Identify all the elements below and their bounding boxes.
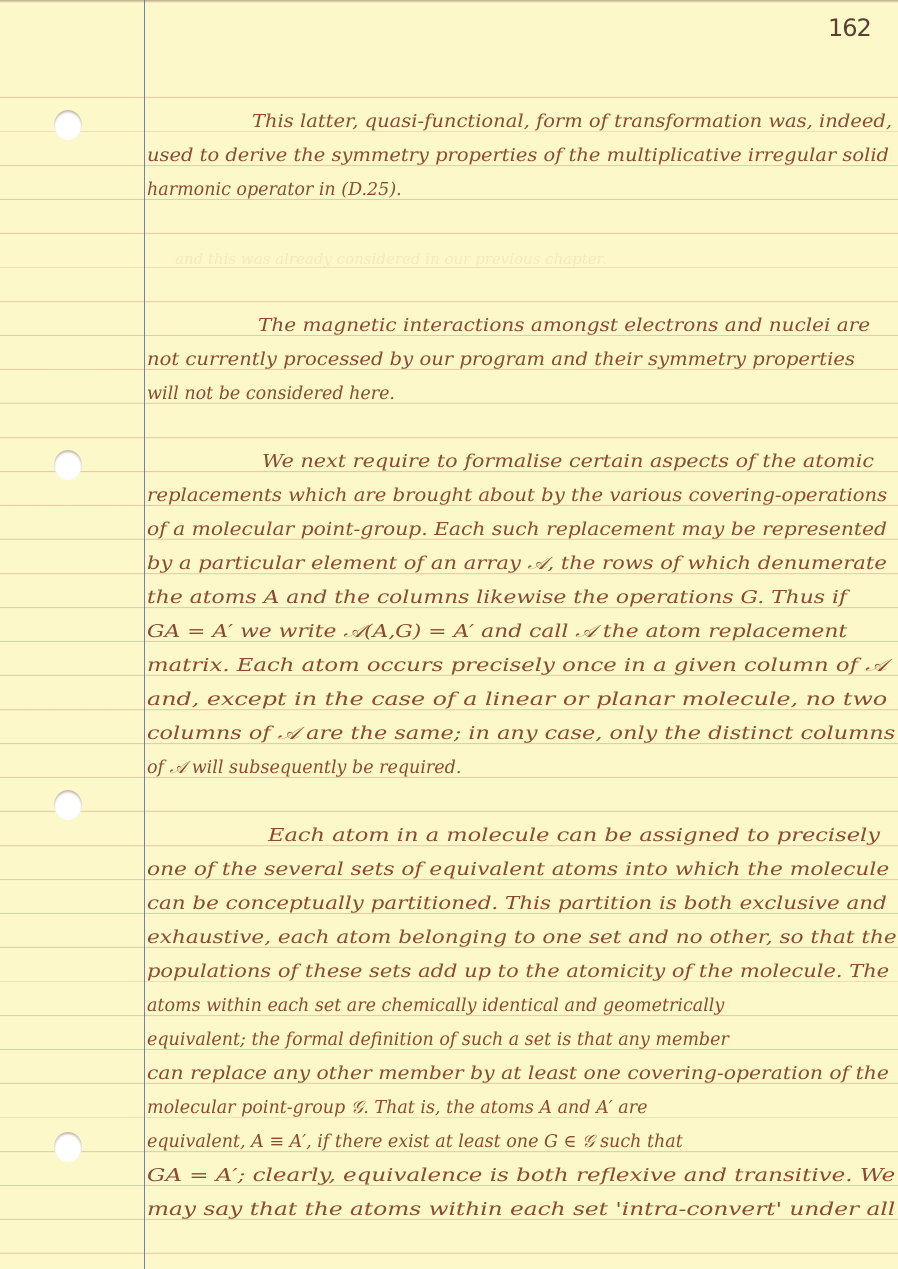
handwritten-line: the atoms A and the columns likewise the… [147, 590, 847, 608]
handwritten-line: matrix. Each atom occurs precisely once … [147, 658, 887, 676]
handwritten-line: columns of 𝒜 are the same; in any case, … [147, 726, 895, 744]
handwritten-line: harmonic operator in (D.25). [147, 182, 402, 200]
handwritten-line: may say that the atoms within each set '… [147, 1202, 895, 1220]
handwritten-line: one of the several sets of equivalent at… [147, 862, 889, 880]
punch-hole-icon [54, 790, 82, 820]
handwritten-line: of 𝒜 will subsequently be required. [147, 760, 461, 778]
handwritten-line: Each atom in a molecule can be assigned … [268, 828, 880, 846]
punch-hole-icon [54, 450, 82, 480]
handwritten-line: GA = A′ we write 𝒜(A,G) = A′ and call 𝒜 … [147, 624, 847, 642]
punch-hole-icon [54, 110, 82, 140]
handwritten-line: not currently processed by our program a… [147, 352, 855, 370]
handwritten-line: equivalent, A ≡ A′, if there exist at le… [147, 1134, 683, 1152]
margin-rule [144, 0, 145, 1269]
handwritten-line: GA = A′; clearly, equivalence is both re… [147, 1168, 895, 1186]
handwritten-line: atoms within each set are chemically ide… [147, 998, 724, 1016]
handwritten-line: of a molecular point-group. Each such re… [147, 522, 887, 540]
handwritten-line: The magnetic interactions amongst electr… [258, 318, 870, 336]
handwritten-line: will not be considered here. [147, 386, 395, 404]
handwritten-line: by a particular element of an array 𝒜, t… [147, 556, 887, 574]
handwritten-line: populations of these sets add up to the … [147, 964, 889, 982]
handwritten-line: replacements which are brought about by … [147, 488, 887, 506]
handwritten-line: used to derive the symmetry properties o… [147, 148, 889, 166]
page-header-area [0, 0, 898, 96]
handwritten-line: can be conceptually partitioned. This pa… [147, 896, 887, 914]
page-top-edge [0, 0, 898, 3]
handwritten-line: This latter, quasi-functional, form of t… [252, 114, 892, 132]
handwritten-line: We next require to formalise certain asp… [262, 454, 874, 472]
handwritten-line: can replace any other member by at least… [147, 1066, 889, 1084]
page-number: 162 [828, 14, 871, 42]
handwritten-line: and, except in the case of a linear or p… [147, 692, 887, 710]
handwritten-line: exhaustive, each atom belonging to one s… [147, 930, 897, 948]
handwritten-line: equivalent; the formal definition of suc… [147, 1032, 729, 1050]
notebook-page: 162 and this was already considered in o… [0, 0, 898, 1269]
bleed-through-text: and this was already considered in our p… [175, 250, 607, 268]
punch-hole-icon [54, 1132, 82, 1162]
handwritten-line: molecular point-group 𝒢. That is, the at… [147, 1100, 647, 1118]
